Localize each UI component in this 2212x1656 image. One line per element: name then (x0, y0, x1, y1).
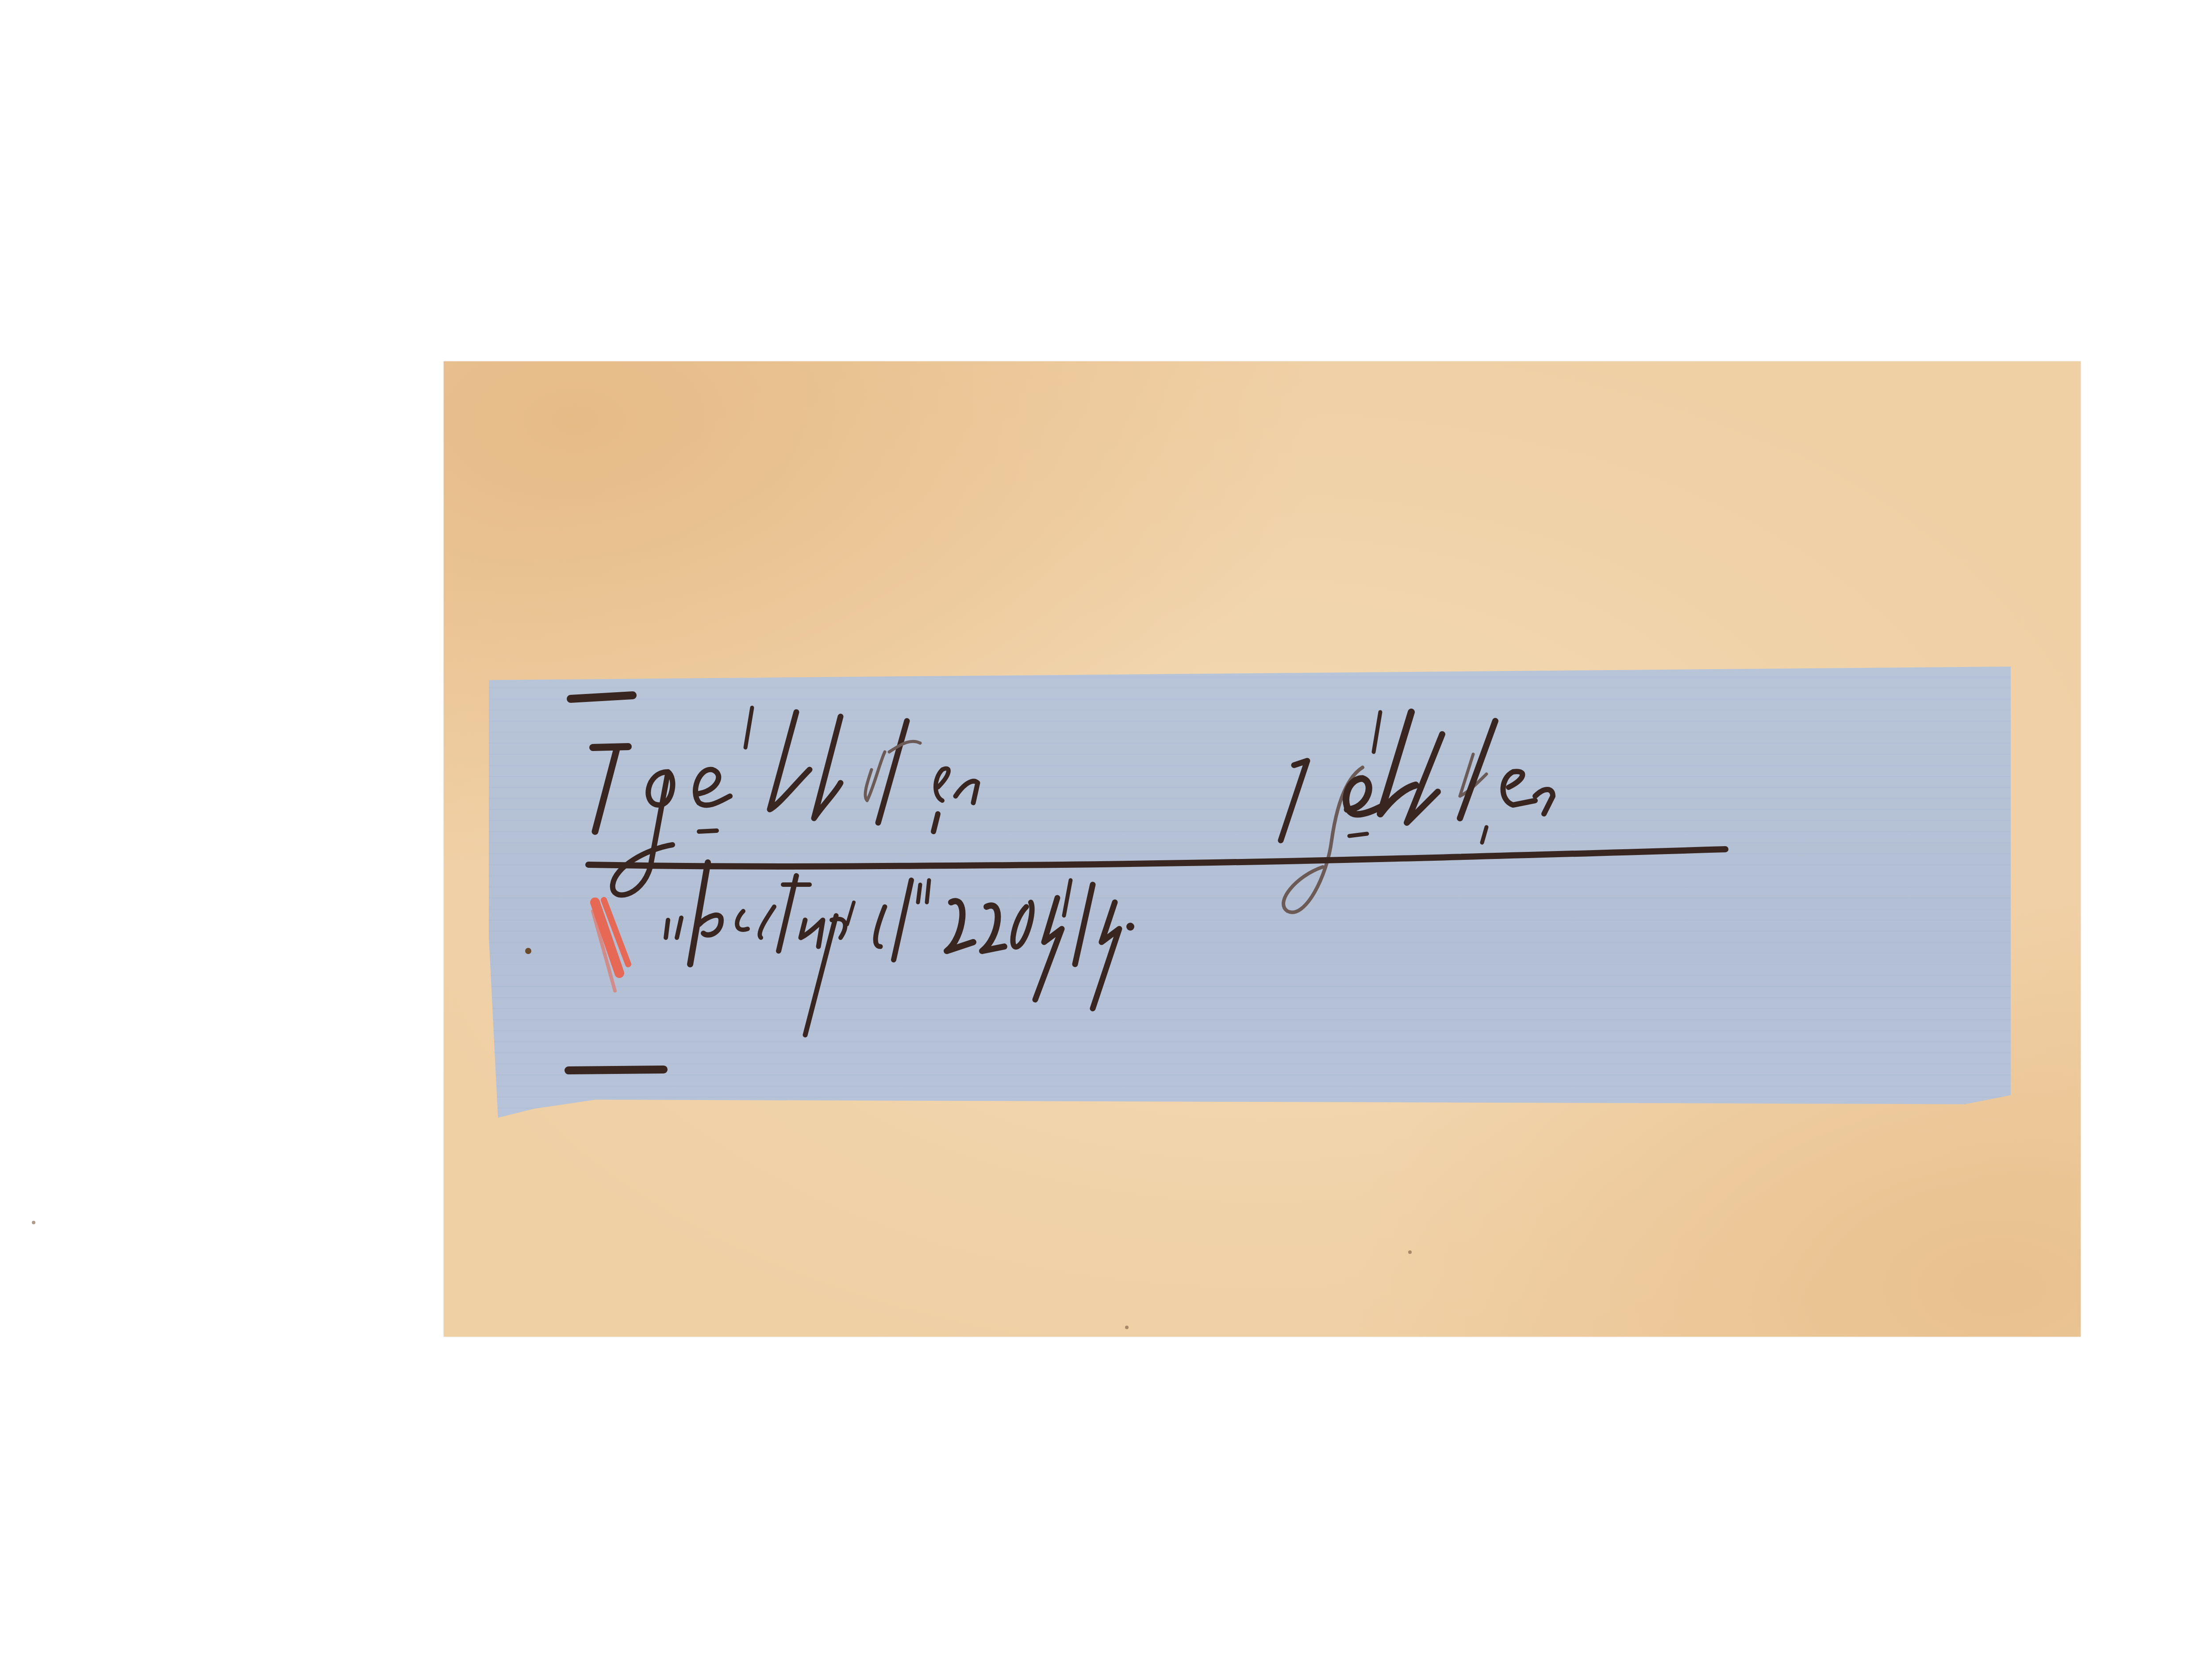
handwriting-ink (0, 0, 2212, 1656)
margin-dash-top (571, 695, 633, 699)
handwritten-line-1: Tge'bbtt̨en tgé'bbtten (575, 1415, 576, 1416)
margin-dash-bottom (568, 1069, 664, 1070)
